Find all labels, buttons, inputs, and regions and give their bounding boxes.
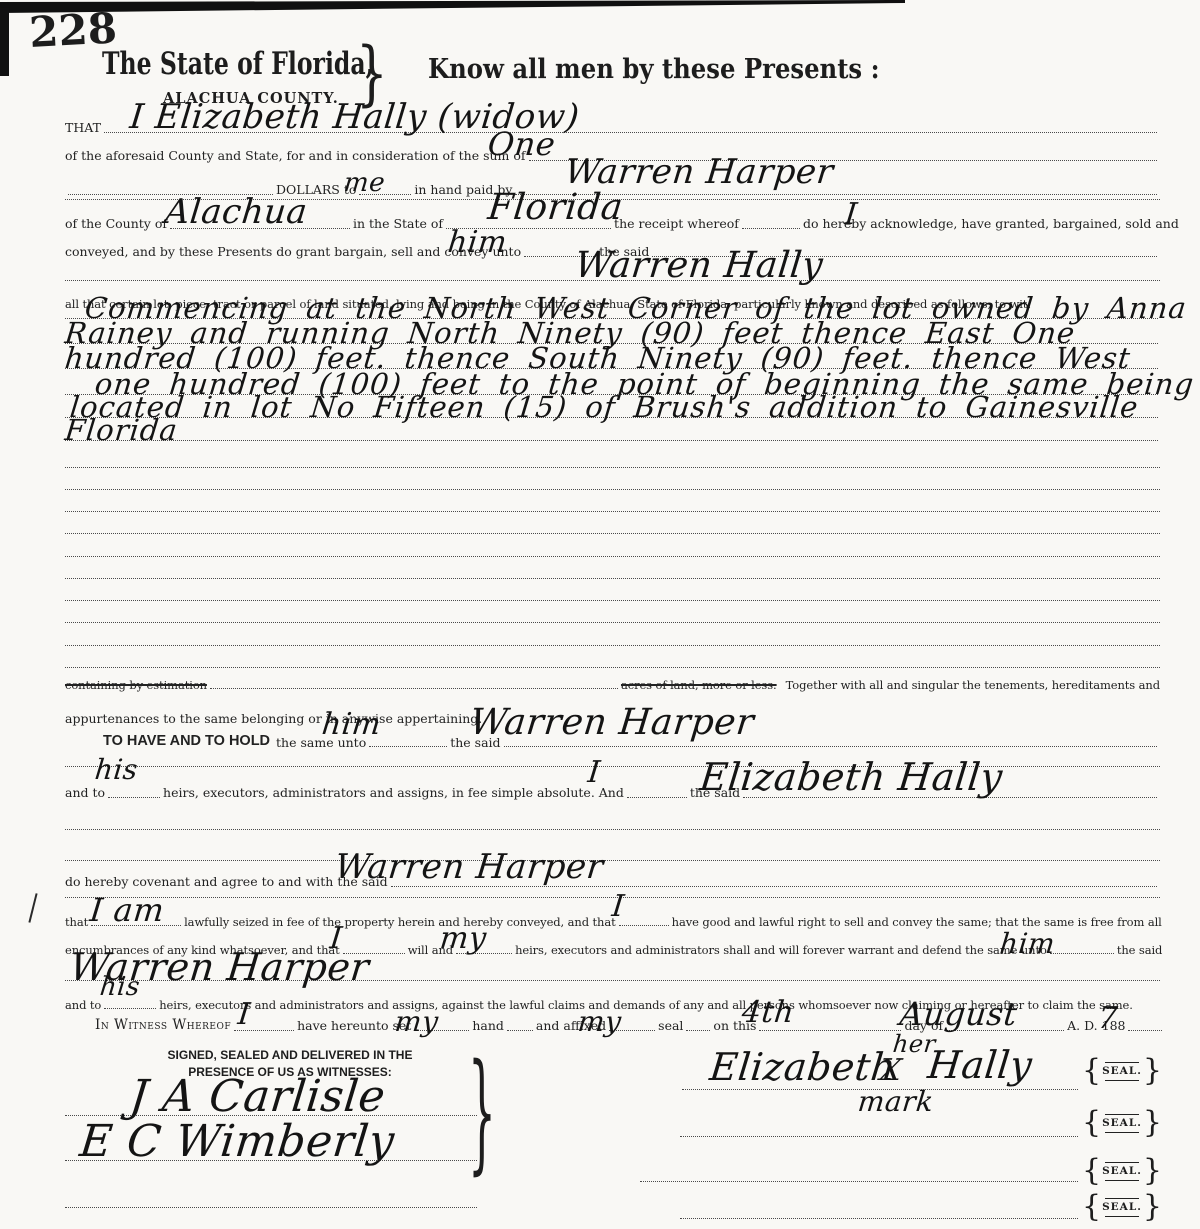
empty-rule [65, 533, 1160, 534]
signature-rule [680, 1218, 1078, 1219]
scan-edge-left [0, 8, 9, 76]
signature-rule [680, 1136, 1078, 1137]
seal-line [1105, 1198, 1139, 1199]
seal-line [1105, 1080, 1139, 1081]
hw-county: Alachua [163, 195, 309, 229]
seal-brace-right: } [1143, 1108, 1162, 1138]
hw-desc-line: Florida [63, 416, 179, 445]
label-good-right: have good and lawful right to sell and c… [672, 915, 1162, 929]
label-in-witness: In Witness Whereof [95, 1017, 231, 1034]
blank-grantee2 [504, 745, 1157, 747]
seal-label-box: SEAL. [1102, 1111, 1142, 1135]
seal-line [1105, 1114, 1139, 1115]
blank-acreage [210, 687, 618, 689]
blank-him2 [369, 745, 447, 747]
label-appurtenances: appurtenances to the same belonging or i… [65, 711, 482, 727]
hw-i-am: I am [88, 894, 166, 926]
blank-rule [65, 860, 1160, 861]
seal-brace-left: { [1082, 1192, 1101, 1222]
deed-document-page: 228 The State of Florida, ALACHUA COUNTY… [0, 0, 1200, 1229]
seal-line [1105, 1132, 1139, 1133]
hw-signature-last: Hally [926, 1046, 1034, 1084]
empty-rule [65, 645, 1160, 646]
hw-signature-first: Elizabeth [708, 1048, 898, 1086]
hw-my-encumbrances: my [438, 924, 488, 954]
hw-signature-mark-word: mark [857, 1088, 936, 1116]
hw-him-convey: him [446, 228, 508, 258]
hw-signature-x-mark: X [878, 1056, 903, 1086]
header-presents-title: Know all men by these Presents : [428, 54, 880, 85]
empty-rule [65, 511, 1160, 512]
blank-his [108, 796, 160, 798]
label-to-have: TO HAVE AND TO HOLD [103, 732, 270, 750]
seal-brace-right: } [1143, 1056, 1162, 1086]
seal-brace-right: } [1143, 1156, 1162, 1186]
label-and-to: and to [65, 785, 105, 801]
label-containing: containing by estimation [65, 678, 207, 692]
seal-text: SEAL. [1102, 1065, 1142, 1077]
hw-state: Florida [486, 190, 625, 226]
label-seized: lawfully seized in fee of the property h… [184, 915, 616, 929]
hw-me: me [343, 170, 387, 196]
seal-line [1105, 1216, 1139, 1217]
seal-stamp: { SEAL. } [1082, 1156, 1162, 1186]
seal-line [1105, 1162, 1139, 1163]
hw-him-warrant: him [999, 930, 1057, 958]
label-receipt: the receipt whereof [614, 216, 739, 232]
label-that2: that [65, 915, 88, 929]
seal-text: SEAL. [1102, 1117, 1142, 1129]
witness-rule [65, 1207, 477, 1208]
hw-i-and: I [586, 758, 602, 788]
blank-sp1 [507, 1029, 533, 1031]
empty-rule [65, 489, 1160, 490]
label-heirs: heirs, executors, administrators and ass… [163, 785, 624, 801]
blank-i2 [627, 796, 687, 798]
hw-desc-line: located in lot No Fifteen (15) of Brush'… [68, 393, 1140, 422]
hw-grantee: Warren Hally [573, 248, 825, 284]
seal-text: SEAL. [1102, 1165, 1142, 1177]
seal-line [1105, 1180, 1139, 1181]
blank-his2 [104, 1007, 156, 1009]
seal-line [1105, 1062, 1139, 1063]
label-together: Together with all and singular the tenem… [786, 678, 1160, 692]
blank-i3 [619, 924, 669, 926]
seal-brace-left: { [1082, 1156, 1101, 1186]
empty-rule [65, 578, 1160, 579]
stray-pen-mark [28, 893, 37, 923]
hw-sum: One [486, 128, 557, 160]
seal-brace-left: { [1082, 1056, 1101, 1086]
label-seal: seal [658, 1018, 683, 1034]
label-acknowledge: do hereby acknowledge, have granted, bar… [803, 216, 1179, 232]
seal-stamp: { SEAL. } [1082, 1108, 1162, 1138]
seal-stamp: { SEAL. } [1082, 1056, 1162, 1086]
hw-day: 4th [740, 998, 795, 1028]
seal-brace-left: { [1082, 1108, 1101, 1138]
label-and-to2: and to [65, 998, 101, 1012]
hw-grantee-tohave: Warren Harper [468, 705, 756, 741]
empty-rule [65, 467, 1160, 468]
hw-covenantee: Warren Harper [333, 850, 605, 884]
hw-his-claims: his [99, 974, 142, 1000]
label-hand: hand [472, 1018, 504, 1034]
seal-text: SEAL. [1102, 1201, 1142, 1213]
label-acres: acres of land, more or less. [621, 678, 777, 692]
blank-i [742, 227, 800, 229]
signature-rule [640, 1181, 1078, 1182]
empty-rule [65, 622, 1160, 623]
hw-his-heirs: his [94, 756, 140, 784]
hw-witness2-signature: E C Wimberly [78, 1120, 397, 1164]
hw-him-tohave: him [320, 710, 382, 740]
label-in-state-of: in the State of [353, 216, 443, 232]
line-containing: containing by estimation acres of land, … [65, 678, 1160, 692]
hw-my-seal: my [577, 1008, 623, 1036]
header-state-title: The State of Florida, [102, 46, 374, 82]
seal-label-box: SEAL. [1102, 1159, 1142, 1183]
label-county-of: of the County of [65, 216, 167, 232]
witness-brace: } [468, 1050, 496, 1180]
label-signed1: SIGNED, SEALED AND DELIVERED IN THE [140, 1048, 440, 1062]
hw-grantor-habendum: Elizabeth Hally [698, 758, 1004, 796]
hw-my-hand: my [394, 1008, 440, 1036]
hw-year: 7 [1096, 1004, 1119, 1034]
empty-rule [65, 600, 1160, 601]
line-covenant: do hereby covenant and agree to and with… [65, 874, 1160, 890]
label-warrant: heirs, executors and administrators shal… [515, 943, 1047, 957]
desc-rule [65, 440, 1158, 441]
hw-payer: Warren Harper [563, 155, 835, 189]
hw-witness1-signature: J A Carlisle [128, 1075, 388, 1119]
blank-sp2 [686, 1029, 710, 1031]
empty-rule [65, 667, 1160, 668]
label-aforesaid: of the aforesaid County and State, for a… [65, 148, 526, 164]
empty-rule [65, 556, 1160, 557]
label-that: THAT [65, 120, 101, 136]
seal-stamp: { SEAL. } [1082, 1192, 1162, 1222]
blank-year [1128, 1029, 1162, 1031]
blank-rule [65, 829, 1160, 830]
scan-edge-top [0, 0, 1200, 18]
seal-label-box: SEAL. [1102, 1059, 1142, 1083]
hw-month: August [898, 998, 1018, 1030]
seal-brace-right: } [1143, 1192, 1162, 1222]
seal-label-box: SEAL. [1102, 1195, 1142, 1219]
label-the-said4: the said [1117, 943, 1163, 957]
blank-him3 [1050, 952, 1114, 954]
